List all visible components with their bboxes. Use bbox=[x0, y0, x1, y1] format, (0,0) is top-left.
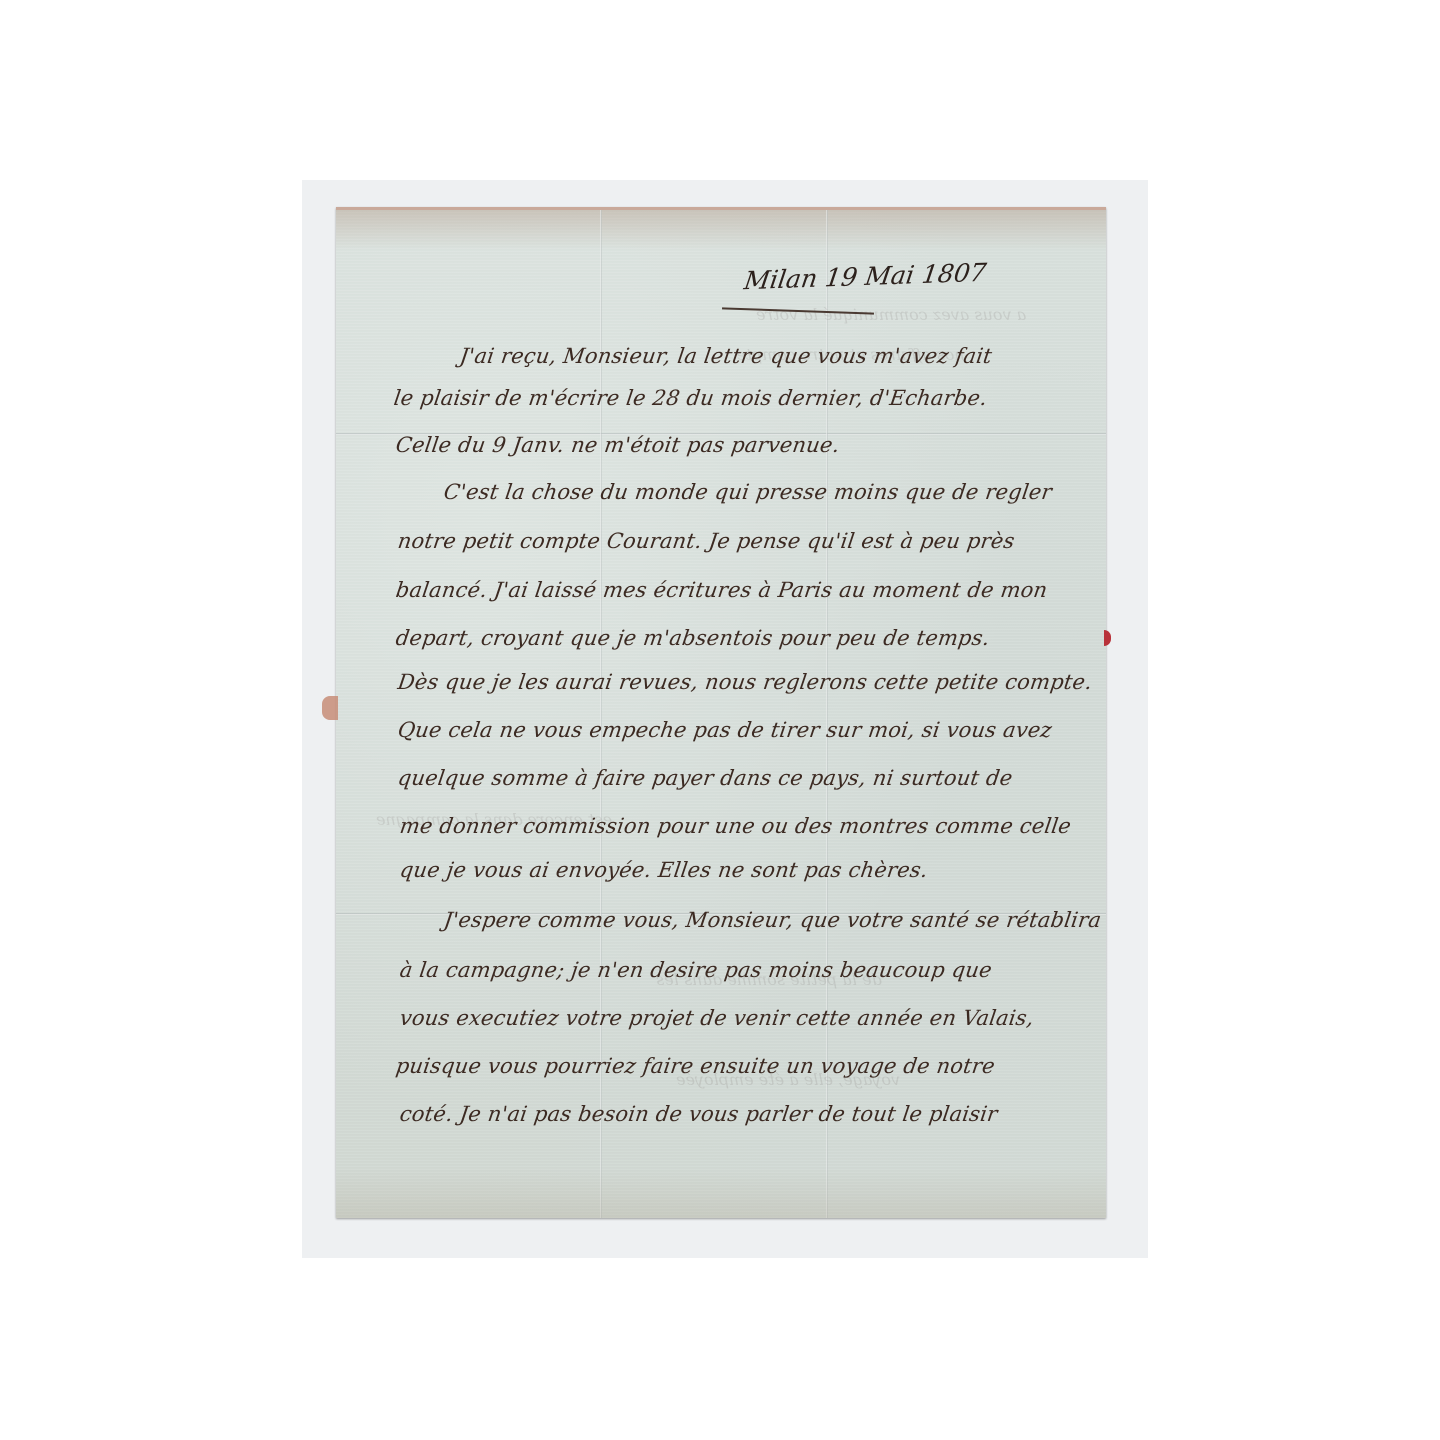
handwritten-line: que je vous ai envoyée. Elles ne sont pa… bbox=[398, 858, 929, 882]
handwritten-line: balancé. J'ai laissé mes écritures à Par… bbox=[394, 578, 1049, 602]
handwritten-line: depart, croyant que je m'absentois pour … bbox=[394, 626, 991, 650]
bleed-through-text: a vous avez communiqué la votre bbox=[756, 305, 1026, 324]
handwritten-line: le plaisir de m'écrire le 28 du mois der… bbox=[392, 386, 988, 410]
handwritten-line: me donner commission pour une ou des mon… bbox=[398, 814, 1072, 838]
handwritten-line: à la campagne; je n'en desire pas moins … bbox=[398, 958, 993, 982]
handwritten-line: quelque somme à faire payer dans ce pays… bbox=[396, 766, 1014, 790]
handwritten-line: J'espere comme vous, Monsieur, que votre… bbox=[442, 908, 1103, 932]
handwritten-line: coté. Je n'ai pas besoin de vous parler … bbox=[398, 1102, 999, 1126]
handwritten-line: vous executiez votre projet de venir cet… bbox=[398, 1006, 1035, 1030]
handwritten-line: Celle du 9 Janv. ne m'étoit pas parvenue… bbox=[394, 433, 841, 457]
handwritten-line: notre petit compte Courant. Je pense qu'… bbox=[396, 529, 1016, 553]
paper-stain bbox=[322, 696, 338, 720]
handwritten-line: J'ai reçu, Monsieur, la lettre que vous … bbox=[458, 344, 993, 368]
handwritten-line: Que cela ne vous empeche pas de tirer su… bbox=[396, 718, 1053, 742]
handwritten-line: C'est la chose du monde qui presse moins… bbox=[442, 480, 1053, 504]
handwritten-line: puisque vous pourriez faire ensuite un v… bbox=[394, 1054, 996, 1078]
handwritten-line: Dès que je les aurai revues, nous regler… bbox=[396, 670, 1093, 694]
